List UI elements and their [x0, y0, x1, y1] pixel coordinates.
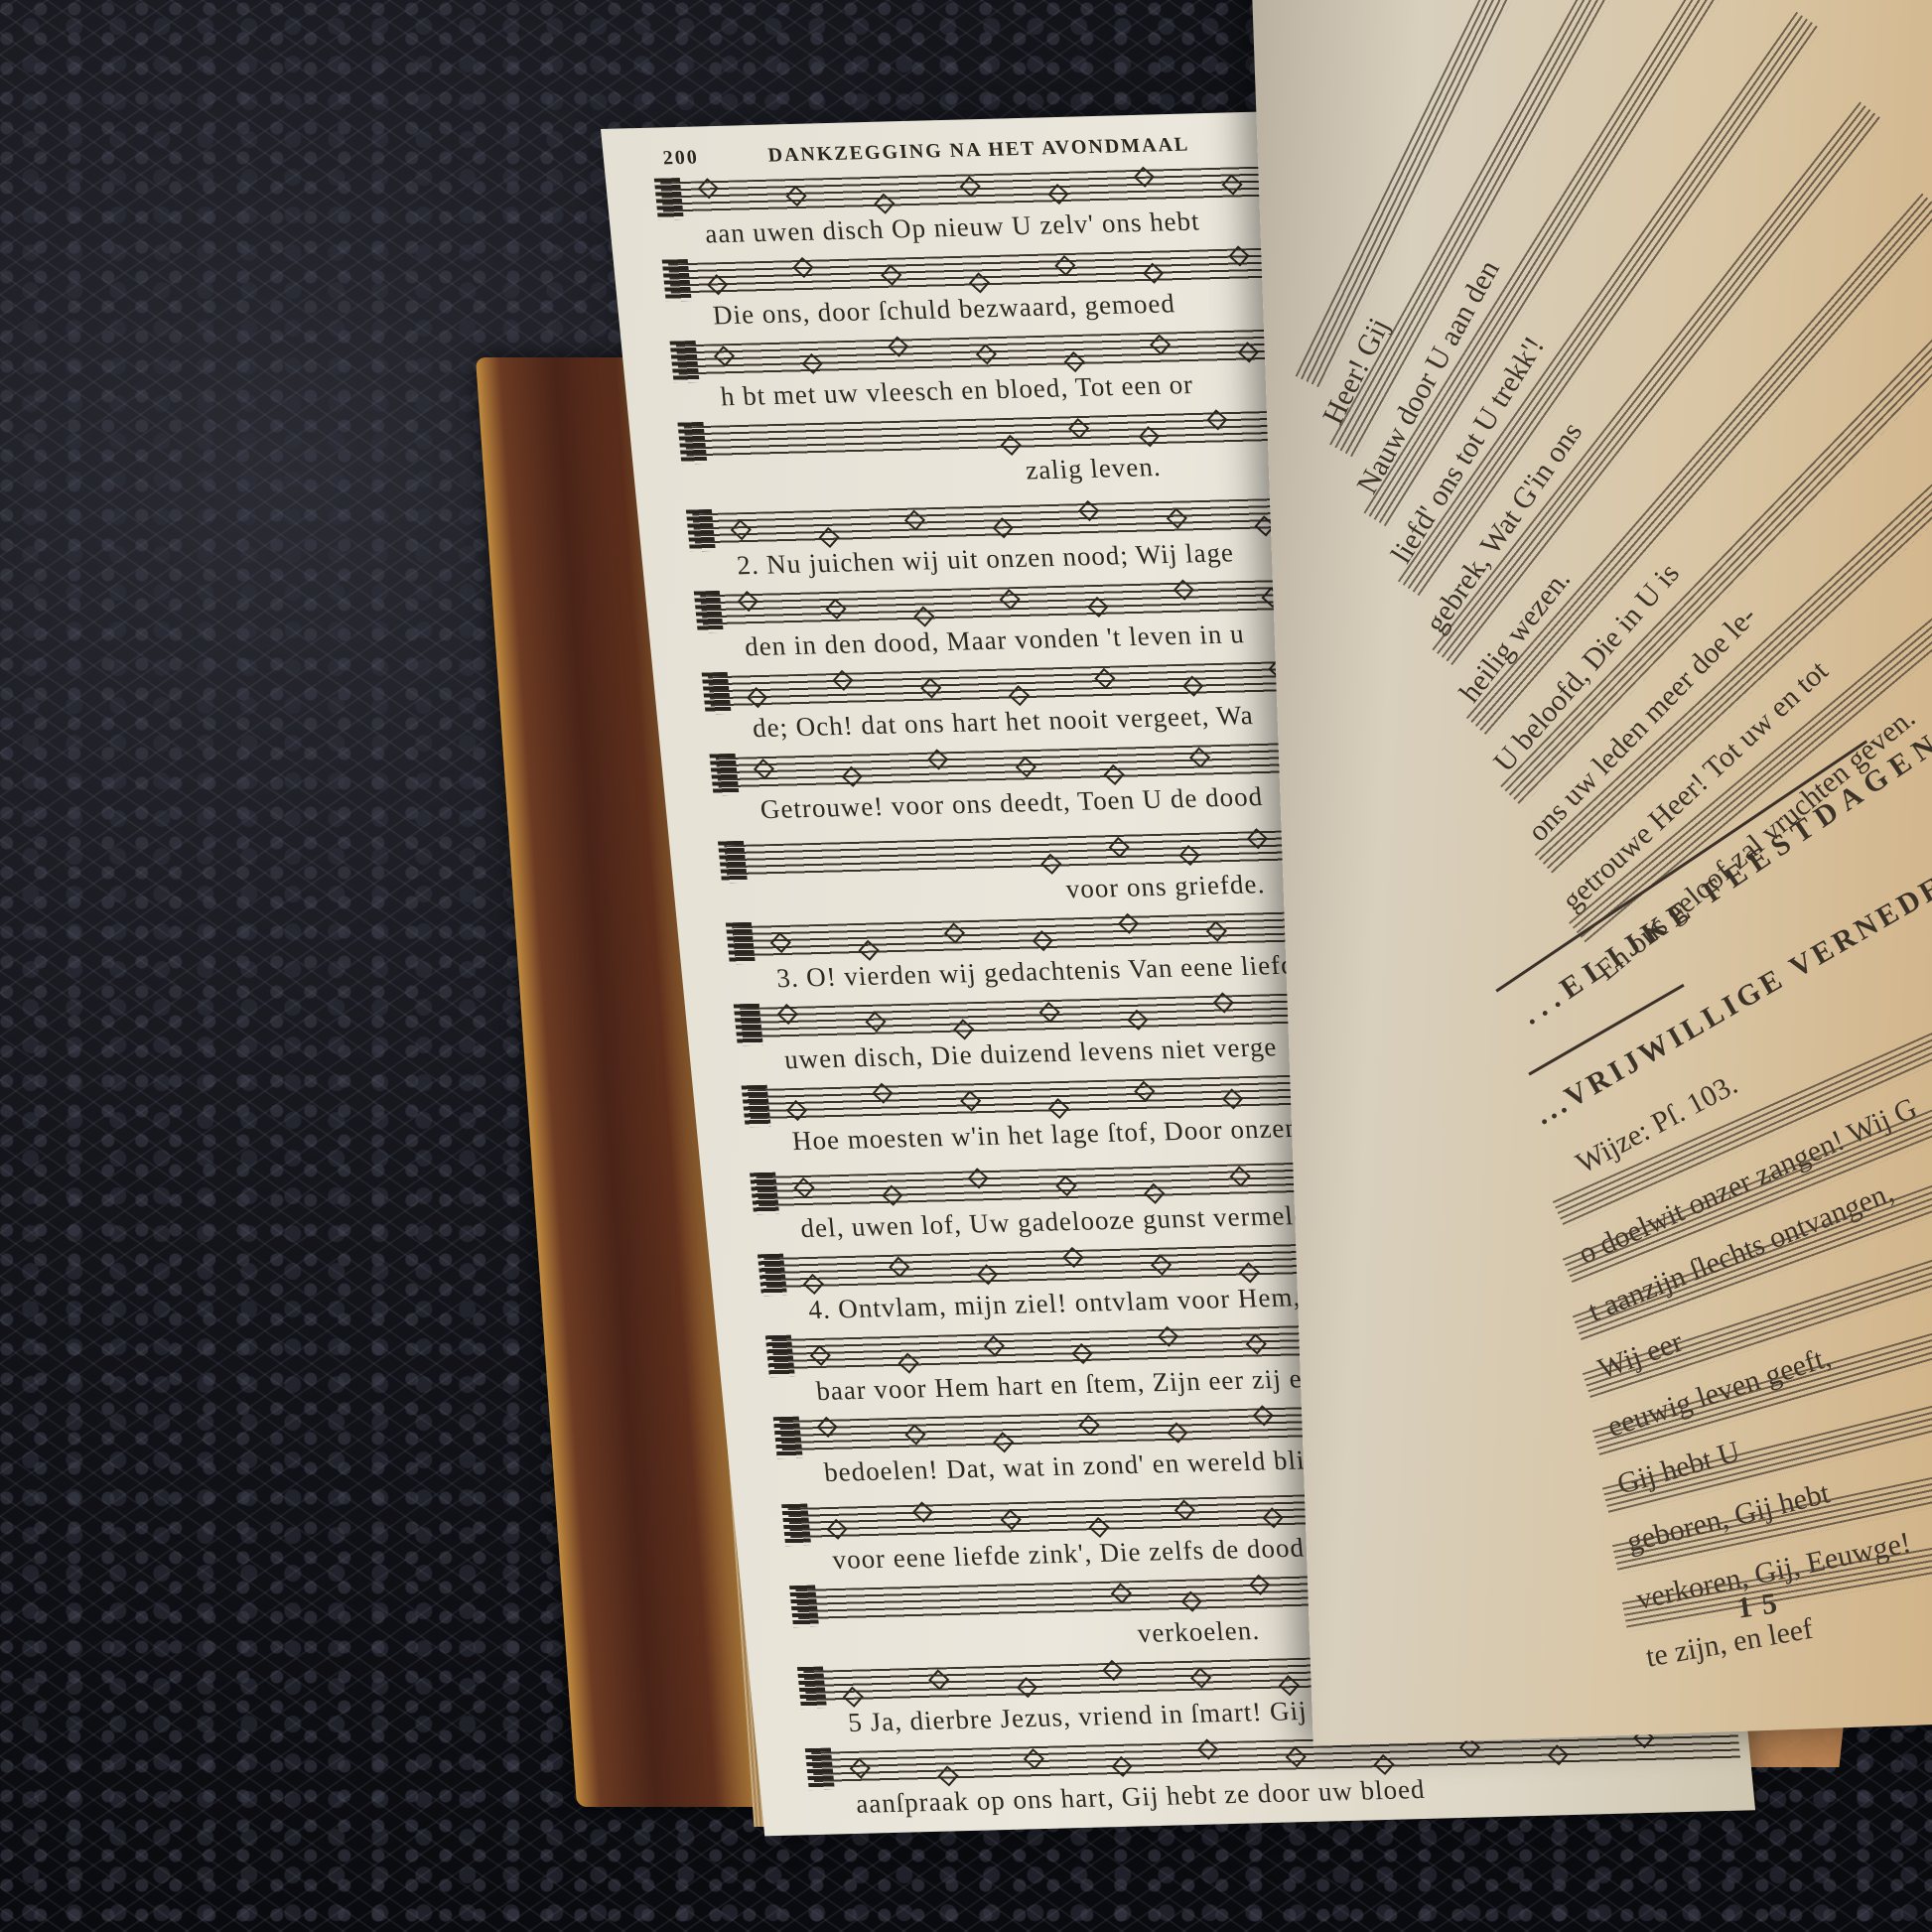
diamond-note-icon [1182, 675, 1203, 696]
diamond-note-icon [1048, 1098, 1069, 1119]
diamond-note-icon [1253, 1405, 1274, 1426]
diamond-note-icon [976, 344, 997, 364]
diamond-note-icon [969, 272, 990, 293]
diamond-note-icon [1068, 418, 1089, 439]
diamond-note-icon [960, 1090, 981, 1111]
diamond-note-icon [1062, 1247, 1083, 1268]
diamond-note-icon [889, 1257, 909, 1278]
diamond-note-icon [874, 194, 895, 214]
diamond-note-icon [1279, 1675, 1300, 1696]
diamond-note-icon [850, 1758, 871, 1779]
clef-icon [686, 509, 716, 552]
diamond-note-icon [1040, 854, 1061, 875]
diamond-note-icon [1222, 1088, 1243, 1109]
diamond-note-icon [920, 677, 941, 698]
diamond-note-icon [1139, 426, 1160, 447]
diamond-note-icon [1167, 1423, 1187, 1444]
diamond-note-icon [1000, 589, 1021, 610]
diamond-note-icon [1134, 1081, 1155, 1102]
diamond-note-icon [993, 517, 1014, 538]
diamond-note-icon [1001, 1509, 1022, 1530]
clef-icon [726, 922, 756, 965]
diamond-note-icon [1238, 342, 1259, 362]
clef-icon [789, 1586, 819, 1628]
diamond-note-icon [960, 176, 981, 197]
diamond-note-icon [786, 1100, 807, 1121]
diamond-note-icon [1239, 1262, 1260, 1283]
diamond-note-icon [1158, 1326, 1178, 1347]
diamond-note-icon [1102, 1660, 1123, 1681]
diamond-note-icon [714, 345, 735, 366]
diamond-note-icon [1127, 1010, 1148, 1031]
clef-icon [734, 1004, 763, 1046]
diamond-note-icon [1189, 747, 1210, 767]
diamond-note-icon [1144, 1183, 1165, 1204]
diamond-note-icon [1094, 668, 1115, 689]
clef-icon [702, 672, 732, 715]
diamond-note-icon [1072, 1343, 1093, 1364]
diamond-note-icon [1229, 1166, 1250, 1186]
diamond-note-icon [1055, 1175, 1076, 1196]
diamond-note-icon [1079, 1415, 1100, 1436]
clef-icon [654, 178, 684, 220]
diamond-note-icon [1047, 184, 1068, 205]
diamond-note-icon [1167, 508, 1187, 529]
diamond-note-icon [770, 932, 791, 953]
diamond-note-icon [1143, 263, 1164, 284]
diamond-note-icon [754, 759, 774, 779]
diamond-note-icon [1109, 837, 1130, 858]
diamond-note-icon [1078, 500, 1099, 521]
diamond-note-icon [793, 1177, 814, 1198]
diamond-note-icon [785, 186, 806, 207]
diamond-note-icon [1088, 1517, 1109, 1538]
diamond-note-icon [968, 1168, 989, 1188]
diamond-note-icon [977, 1264, 998, 1285]
diamond-note-icon [1104, 764, 1125, 785]
diamond-note-icon [1222, 174, 1243, 195]
diamond-note-icon [912, 1501, 933, 1522]
diamond-note-icon [1213, 992, 1234, 1013]
diamond-note-icon [882, 1185, 902, 1206]
diamond-note-icon [698, 178, 719, 199]
diamond-note-icon [944, 922, 965, 943]
page-number: 200 [662, 146, 700, 170]
diamond-note-icon [1039, 1002, 1060, 1023]
diamond-note-icon [872, 1083, 893, 1104]
diamond-note-icon [1181, 1591, 1202, 1612]
clef-icon [758, 1254, 787, 1297]
right-page-curled: Heer! GijNauw door U aan denliefd' ons t… [1251, 0, 1932, 1746]
diamond-note-icon [1178, 845, 1199, 866]
diamond-note-icon [1263, 1507, 1284, 1528]
diamond-note-icon [1024, 1748, 1044, 1769]
diamond-note-icon [1111, 1583, 1132, 1603]
diamond-note-icon [1150, 335, 1171, 355]
diamond-note-icon [1134, 167, 1155, 188]
diamond-note-icon [984, 1335, 1005, 1356]
signature-mark: 15 [1735, 1586, 1789, 1626]
diamond-note-icon [1112, 1756, 1133, 1777]
diamond-note-icon [953, 1019, 974, 1039]
diamond-note-icon [1033, 930, 1053, 951]
diamond-note-icon [819, 527, 840, 548]
diamond-note-icon [1190, 1667, 1211, 1688]
diamond-note-icon [937, 1765, 958, 1786]
diamond-note-icon [747, 687, 767, 708]
clef-icon [662, 259, 692, 302]
diamond-note-icon [1249, 1575, 1270, 1595]
diamond-note-icon [1173, 580, 1194, 601]
diamond-note-icon [1064, 351, 1085, 372]
diamond-note-icon [904, 1424, 925, 1445]
diamond-note-icon [928, 1669, 949, 1690]
clef-icon [765, 1335, 795, 1378]
diamond-note-icon [1017, 1677, 1037, 1698]
clef-icon [742, 1085, 771, 1128]
diamond-note-icon [825, 599, 846, 620]
diamond-note-icon [803, 1274, 824, 1295]
diamond-note-icon [1197, 1738, 1218, 1759]
diamond-note-icon [1206, 920, 1227, 941]
diamond-note-icon [897, 1352, 918, 1373]
diamond-note-icon [904, 509, 925, 530]
clef-icon [677, 422, 707, 465]
clef-icon [797, 1667, 827, 1710]
diamond-note-icon [1151, 1255, 1172, 1276]
diamond-note-icon [1118, 913, 1139, 934]
diamond-note-icon [1246, 1333, 1267, 1354]
diamond-note-icon [802, 353, 823, 374]
diamond-note-icon [1016, 757, 1036, 777]
diamond-note-icon [817, 1417, 838, 1438]
diamond-note-icon [1087, 597, 1108, 618]
diamond-note-icon [792, 257, 813, 278]
diamond-note-icon [993, 1432, 1014, 1452]
clef-icon [781, 1504, 811, 1547]
diamond-note-icon [1054, 255, 1075, 276]
diamond-note-icon [865, 1012, 886, 1033]
clef-icon [773, 1417, 803, 1459]
clef-icon [694, 591, 724, 633]
diamond-note-icon [1009, 685, 1030, 706]
diamond-note-icon [888, 337, 908, 357]
clef-icon [718, 841, 748, 884]
diamond-note-icon [810, 1345, 831, 1366]
diamond-note-icon [843, 1687, 864, 1708]
diamond-note-icon [738, 591, 759, 612]
diamond-note-icon [858, 940, 879, 961]
diamond-note-icon [1001, 435, 1022, 456]
diamond-note-icon [777, 1004, 798, 1025]
page-title: DANKZEGGING NA HET AVONDMAAL [767, 134, 1191, 168]
diamond-note-icon [1373, 1754, 1394, 1775]
diamond-note-icon [842, 766, 863, 787]
diamond-note-icon [1286, 1746, 1307, 1767]
clef-icon [670, 341, 700, 383]
clef-icon [710, 754, 740, 796]
diamond-note-icon [707, 274, 728, 295]
diamond-note-icon [832, 670, 853, 691]
diamond-note-icon [927, 749, 948, 769]
diamond-note-icon [1174, 1500, 1195, 1521]
diamond-note-icon [1247, 828, 1268, 849]
diamond-note-icon [827, 1519, 848, 1540]
diamond-note-icon [1228, 245, 1249, 266]
diamond-note-icon [913, 606, 934, 626]
diamond-note-icon [731, 519, 752, 540]
diamond-note-icon [1206, 409, 1227, 430]
clef-icon [805, 1747, 835, 1790]
diamond-note-icon [1548, 1744, 1569, 1765]
clef-icon [750, 1173, 779, 1215]
diamond-note-icon [881, 265, 901, 286]
